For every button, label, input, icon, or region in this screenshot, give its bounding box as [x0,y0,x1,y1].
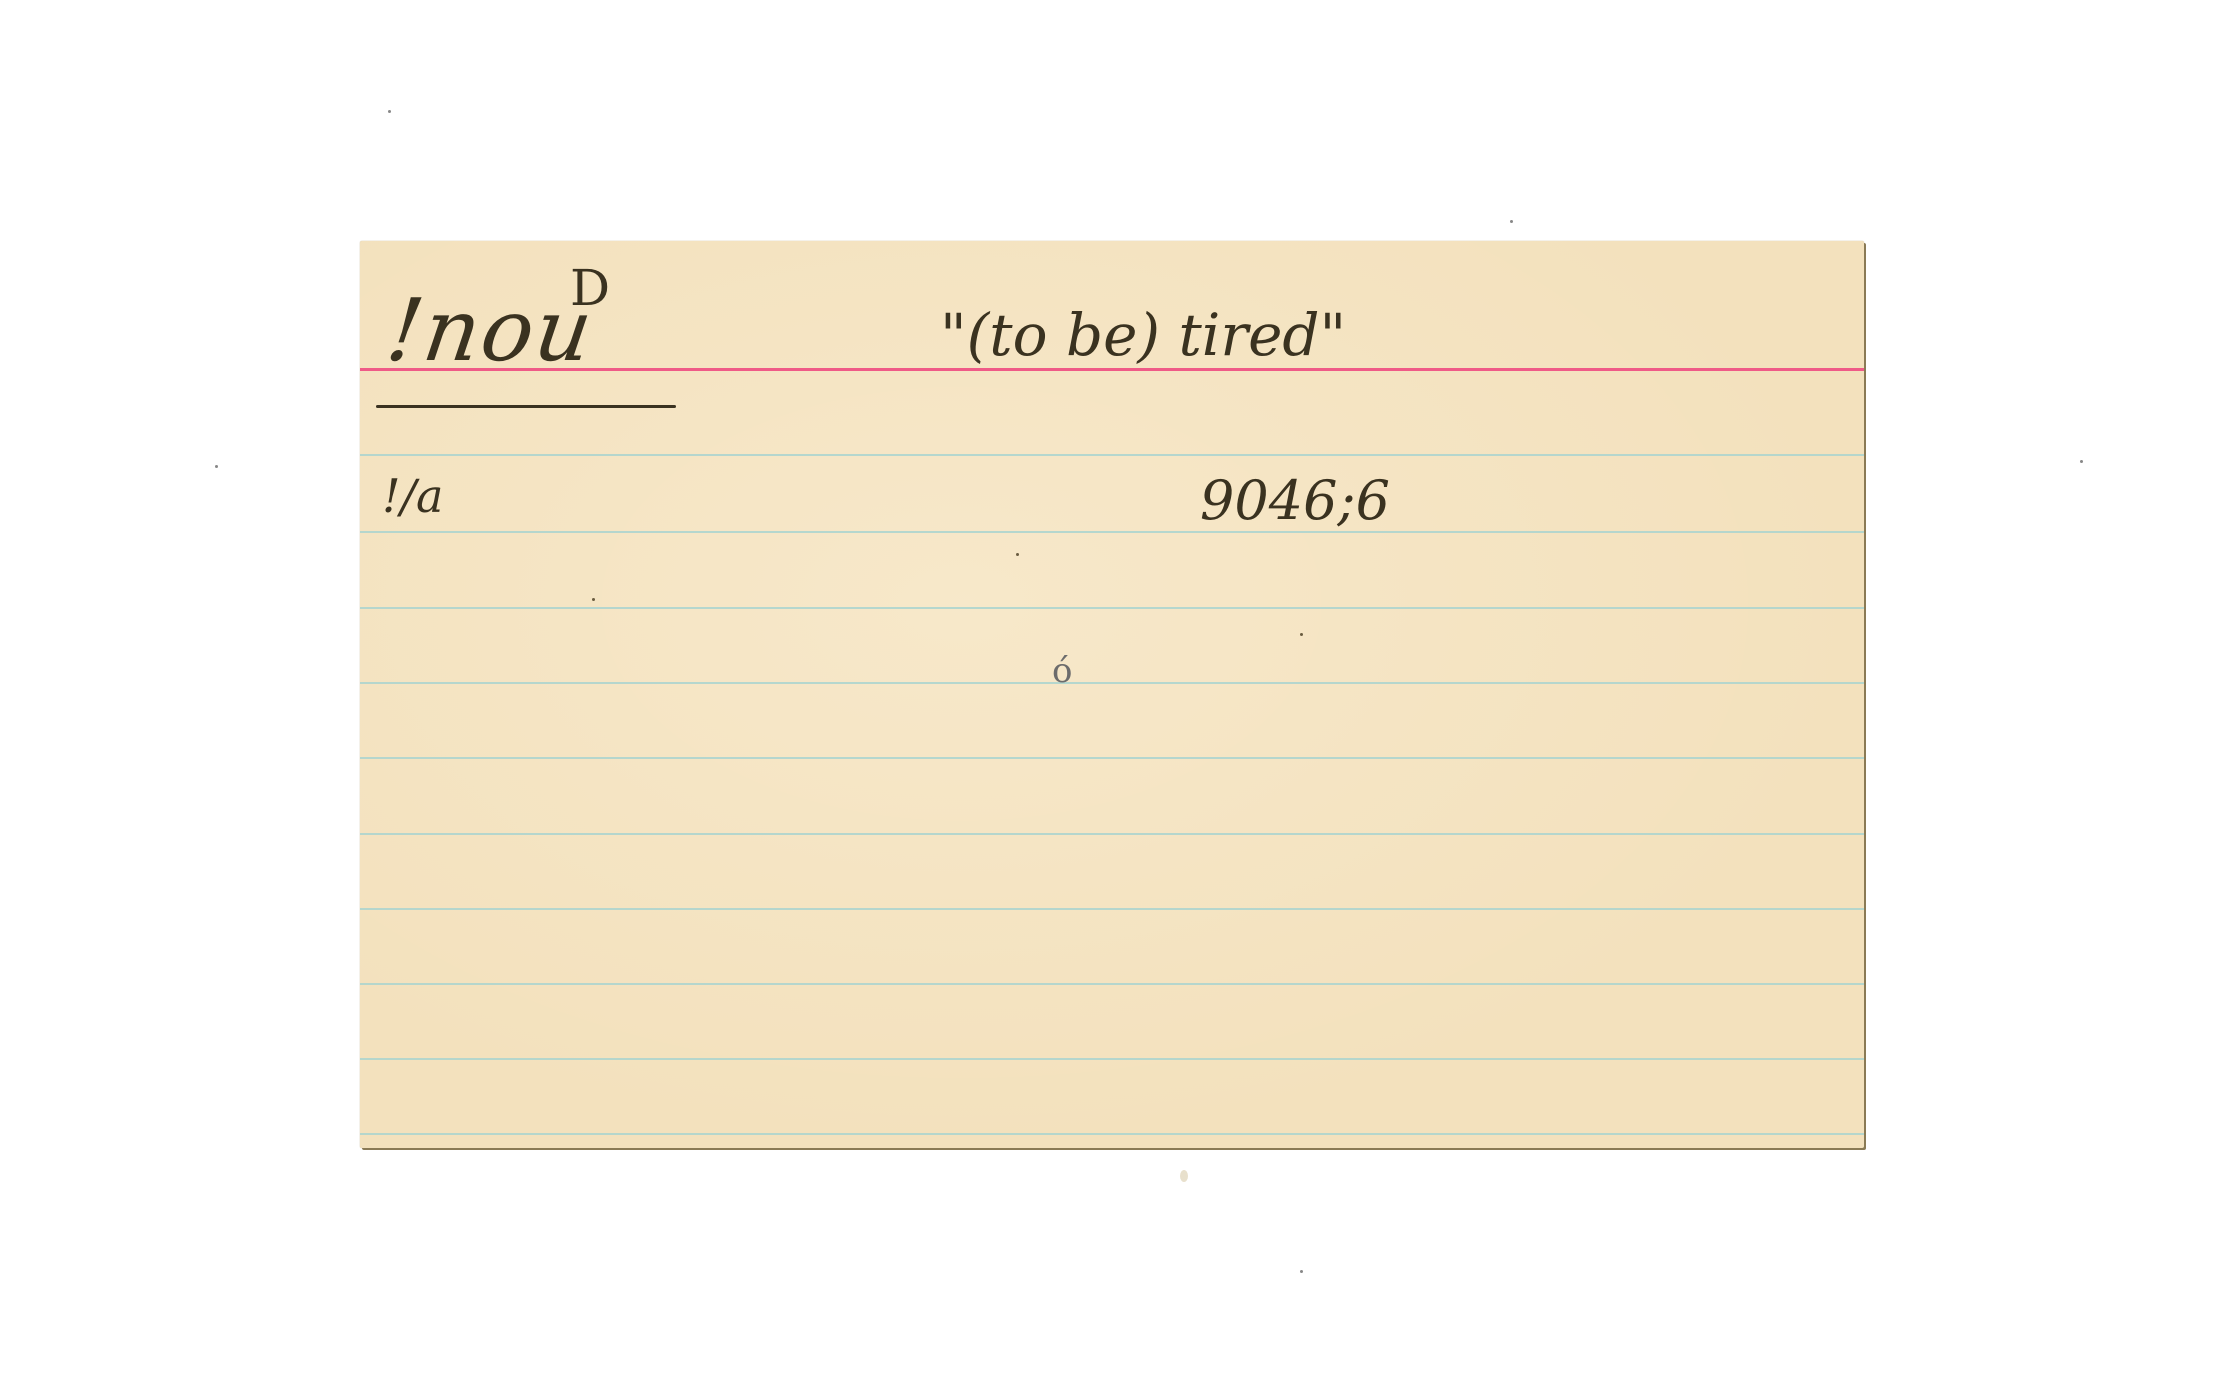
blue-rule [360,454,1864,456]
blue-rule [360,908,1864,910]
dust-speck [1510,220,1513,223]
blue-rule [360,833,1864,835]
ink-speck [1016,553,1019,556]
dust-speck [2080,460,2083,463]
gloss-text: "(to be) tired" [940,301,1346,369]
blue-rule [360,983,1864,985]
blue-rule [360,607,1864,609]
blue-rule [360,1133,1864,1135]
headword: !nou [381,281,600,381]
blue-rule [360,531,1864,533]
dust-speck [388,110,391,113]
blue-rule [360,1058,1864,1060]
dust-speck [1300,1270,1303,1273]
ink-speck [592,598,595,601]
dust-speck [1180,1170,1188,1182]
blue-rule [360,682,1864,684]
reference-number: 9046;6 [1200,469,1390,532]
index-card: D !nou "(to be) tired" !/a 9046;6 ó [360,241,1864,1148]
dust-speck [215,465,218,468]
pencil-mark: ó [1052,651,1072,691]
reference-left: !/a [382,469,443,523]
headword-underline [376,405,676,408]
ink-speck [1300,633,1303,636]
blue-rule [360,757,1864,759]
